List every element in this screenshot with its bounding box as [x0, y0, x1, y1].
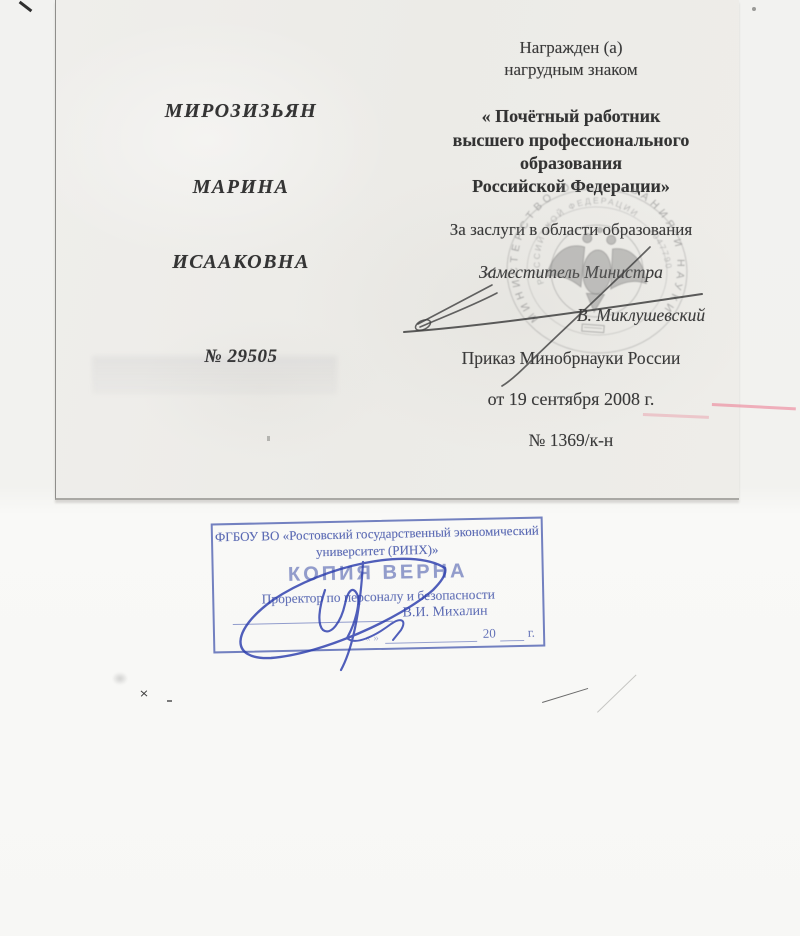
- scan-artifact-corner-mark: [19, 1, 33, 13]
- scanned-certificate: МИРОЗИЗЬЯН МАРИНА ИСААКОВНА № 29505 Нагр…: [0, 0, 800, 936]
- badge-title-1: « Почётный работник: [406, 106, 736, 127]
- minister-signature: [396, 225, 716, 400]
- scan-artifact-smudge: [112, 672, 128, 685]
- awarded-line-1: Награжден (а): [406, 38, 736, 58]
- certificate-page: МИРОЗИЗЬЯН МАРИНА ИСААКОВНА № 29505 Нагр…: [55, 0, 739, 500]
- prorector-signature: [205, 540, 545, 680]
- holder-first-name: МАРИНА: [86, 176, 396, 199]
- holder-surname: МИРОЗИЗЬЯН: [86, 100, 396, 123]
- order-number: № 1369/к-н: [406, 430, 736, 451]
- scan-artifact-dust-1: [267, 436, 270, 441]
- scan-artifact-bleed-through: [92, 356, 337, 394]
- awarded-line-2: нагрудным знаком: [406, 60, 736, 80]
- badge-title-2: высшего профессионального: [406, 130, 736, 151]
- badge-title-3: образования: [406, 153, 736, 174]
- scan-artifact-dash: [167, 700, 172, 702]
- scan-artifact-dust-2: [752, 7, 756, 11]
- scan-artifact-scratch-dark: [542, 688, 588, 703]
- holder-patronymic: ИСААКОВНА: [86, 251, 396, 274]
- scan-artifact-scratch-faint: [597, 674, 637, 712]
